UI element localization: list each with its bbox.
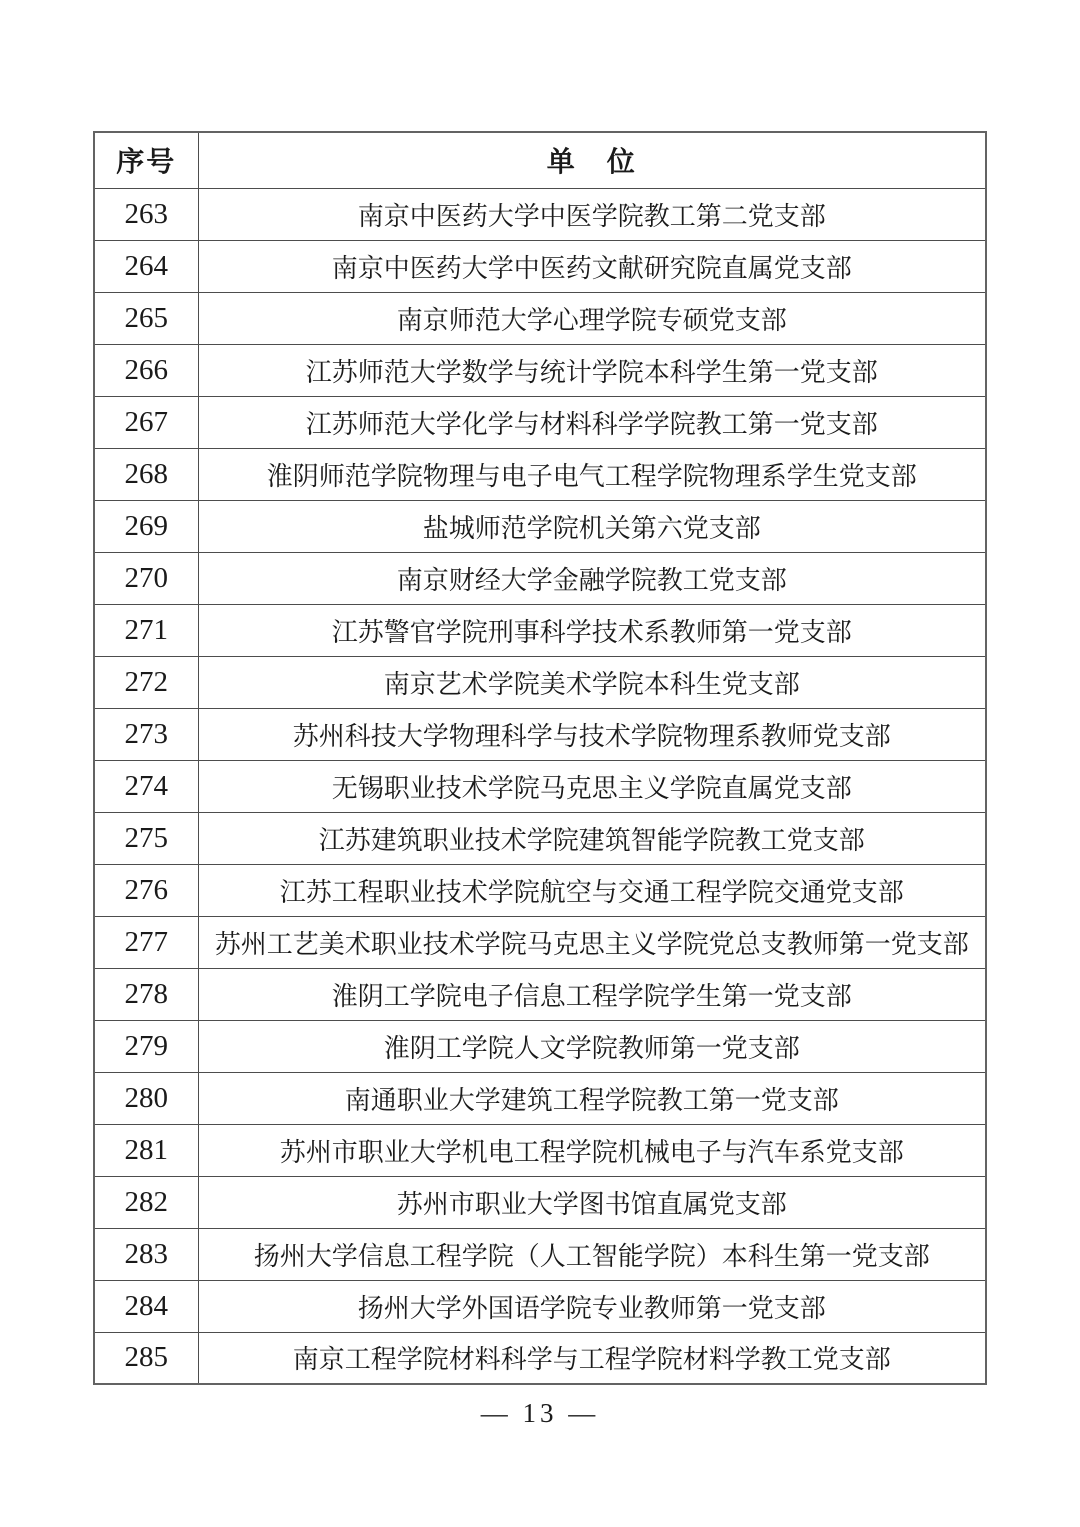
row-number-cell: 277 [94, 916, 198, 968]
row-number-cell: 284 [94, 1280, 198, 1332]
row-number-cell: 270 [94, 552, 198, 604]
row-unit-cell: 扬州大学信息工程学院（人工智能学院）本科生第一党支部 [198, 1228, 986, 1280]
row-number-cell: 278 [94, 968, 198, 1020]
table-row: 280 南通职业大学建筑工程学院教工第一党支部 [94, 1072, 986, 1124]
header-col-unit: 单 位 [198, 132, 986, 188]
table-row: 284 扬州大学外国语学院专业教师第一党支部 [94, 1280, 986, 1332]
table-row: 285 南京工程学院材料科学与工程学院材料学教工党支部 [94, 1332, 986, 1384]
table-row: 282 苏州市职业大学图书馆直属党支部 [94, 1176, 986, 1228]
row-number-cell: 265 [94, 292, 198, 344]
row-unit-cell: 南京工程学院材料科学与工程学院材料学教工党支部 [198, 1332, 986, 1384]
row-unit-cell: 江苏建筑职业技术学院建筑智能学院教工党支部 [198, 812, 986, 864]
row-unit-cell: 苏州工艺美术职业技术学院马克思主义学院党总支教师第一党支部 [198, 916, 986, 968]
table-row: 272 南京艺术学院美术学院本科生党支部 [94, 656, 986, 708]
row-unit-cell: 苏州科技大学物理科学与技术学院物理系教师党支部 [198, 708, 986, 760]
table-body: 263 南京中医药大学中医学院教工第二党支部 264 南京中医药大学中医药文献研… [94, 188, 986, 1384]
row-number-cell: 267 [94, 396, 198, 448]
table-row: 278 淮阴工学院电子信息工程学院学生第一党支部 [94, 968, 986, 1020]
row-number-cell: 264 [94, 240, 198, 292]
table-row: 273 苏州科技大学物理科学与技术学院物理系教师党支部 [94, 708, 986, 760]
row-unit-cell: 南京中医药大学中医药文献研究院直属党支部 [198, 240, 986, 292]
row-number-cell: 272 [94, 656, 198, 708]
row-unit-cell: 南京师范大学心理学院专硕党支部 [198, 292, 986, 344]
unit-table: 序号 单 位 263 南京中医药大学中医学院教工第二党支部 264 南京中医药大… [93, 131, 987, 1385]
row-number-cell: 283 [94, 1228, 198, 1280]
row-unit-cell: 江苏师范大学化学与材料科学学院教工第一党支部 [198, 396, 986, 448]
row-number-cell: 263 [94, 188, 198, 240]
row-unit-cell: 苏州市职业大学图书馆直属党支部 [198, 1176, 986, 1228]
document-page: 序号 单 位 263 南京中医药大学中医学院教工第二党支部 264 南京中医药大… [0, 0, 1080, 1527]
row-unit-cell: 南京艺术学院美术学院本科生党支部 [198, 656, 986, 708]
row-unit-cell: 南京中医药大学中医学院教工第二党支部 [198, 188, 986, 240]
table-row: 277 苏州工艺美术职业技术学院马克思主义学院党总支教师第一党支部 [94, 916, 986, 968]
header-row: 序号 单 位 [94, 132, 986, 188]
row-number-cell: 268 [94, 448, 198, 500]
table-row: 266 江苏师范大学数学与统计学院本科学生第一党支部 [94, 344, 986, 396]
table-row: 267 江苏师范大学化学与材料科学学院教工第一党支部 [94, 396, 986, 448]
table-row: 269 盐城师范学院机关第六党支部 [94, 500, 986, 552]
row-number-cell: 273 [94, 708, 198, 760]
table-row: 270 南京财经大学金融学院教工党支部 [94, 552, 986, 604]
table-row: 275 江苏建筑职业技术学院建筑智能学院教工党支部 [94, 812, 986, 864]
table-row: 283 扬州大学信息工程学院（人工智能学院）本科生第一党支部 [94, 1228, 986, 1280]
table-row: 279 淮阴工学院人文学院教师第一党支部 [94, 1020, 986, 1072]
row-unit-cell: 江苏工程职业技术学院航空与交通工程学院交通党支部 [198, 864, 986, 916]
row-unit-cell: 盐城师范学院机关第六党支部 [198, 500, 986, 552]
row-unit-cell: 扬州大学外国语学院专业教师第一党支部 [198, 1280, 986, 1332]
row-number-cell: 266 [94, 344, 198, 396]
table-row: 274 无锡职业技术学院马克思主义学院直属党支部 [94, 760, 986, 812]
row-unit-cell: 苏州市职业大学机电工程学院机械电子与汽车系党支部 [198, 1124, 986, 1176]
row-number-cell: 275 [94, 812, 198, 864]
row-number-cell: 271 [94, 604, 198, 656]
row-number-cell: 282 [94, 1176, 198, 1228]
row-unit-cell: 淮阴工学院人文学院教师第一党支部 [198, 1020, 986, 1072]
row-unit-cell: 淮阴师范学院物理与电子电气工程学院物理系学生党支部 [198, 448, 986, 500]
row-number-cell: 280 [94, 1072, 198, 1124]
table-row: 265 南京师范大学心理学院专硕党支部 [94, 292, 986, 344]
table-row: 276 江苏工程职业技术学院航空与交通工程学院交通党支部 [94, 864, 986, 916]
row-unit-cell: 无锡职业技术学院马克思主义学院直属党支部 [198, 760, 986, 812]
table-row: 281 苏州市职业大学机电工程学院机械电子与汽车系党支部 [94, 1124, 986, 1176]
row-number-cell: 269 [94, 500, 198, 552]
row-number-cell: 279 [94, 1020, 198, 1072]
table-row: 271 江苏警官学院刑事科学技术系教师第一党支部 [94, 604, 986, 656]
row-unit-cell: 南京财经大学金融学院教工党支部 [198, 552, 986, 604]
page-number-footer: — 13 — [0, 1398, 1080, 1429]
table-row: 268 淮阴师范学院物理与电子电气工程学院物理系学生党支部 [94, 448, 986, 500]
table-row: 264 南京中医药大学中医药文献研究院直属党支部 [94, 240, 986, 292]
row-unit-cell: 南通职业大学建筑工程学院教工第一党支部 [198, 1072, 986, 1124]
row-unit-cell: 江苏师范大学数学与统计学院本科学生第一党支部 [198, 344, 986, 396]
row-number-cell: 281 [94, 1124, 198, 1176]
row-unit-cell: 淮阴工学院电子信息工程学院学生第一党支部 [198, 968, 986, 1020]
row-number-cell: 274 [94, 760, 198, 812]
row-unit-cell: 江苏警官学院刑事科学技术系教师第一党支部 [198, 604, 986, 656]
row-number-cell: 285 [94, 1332, 198, 1384]
table-row: 263 南京中医药大学中医学院教工第二党支部 [94, 188, 986, 240]
table-header: 序号 单 位 [94, 132, 986, 188]
header-col-no: 序号 [94, 132, 198, 188]
row-number-cell: 276 [94, 864, 198, 916]
